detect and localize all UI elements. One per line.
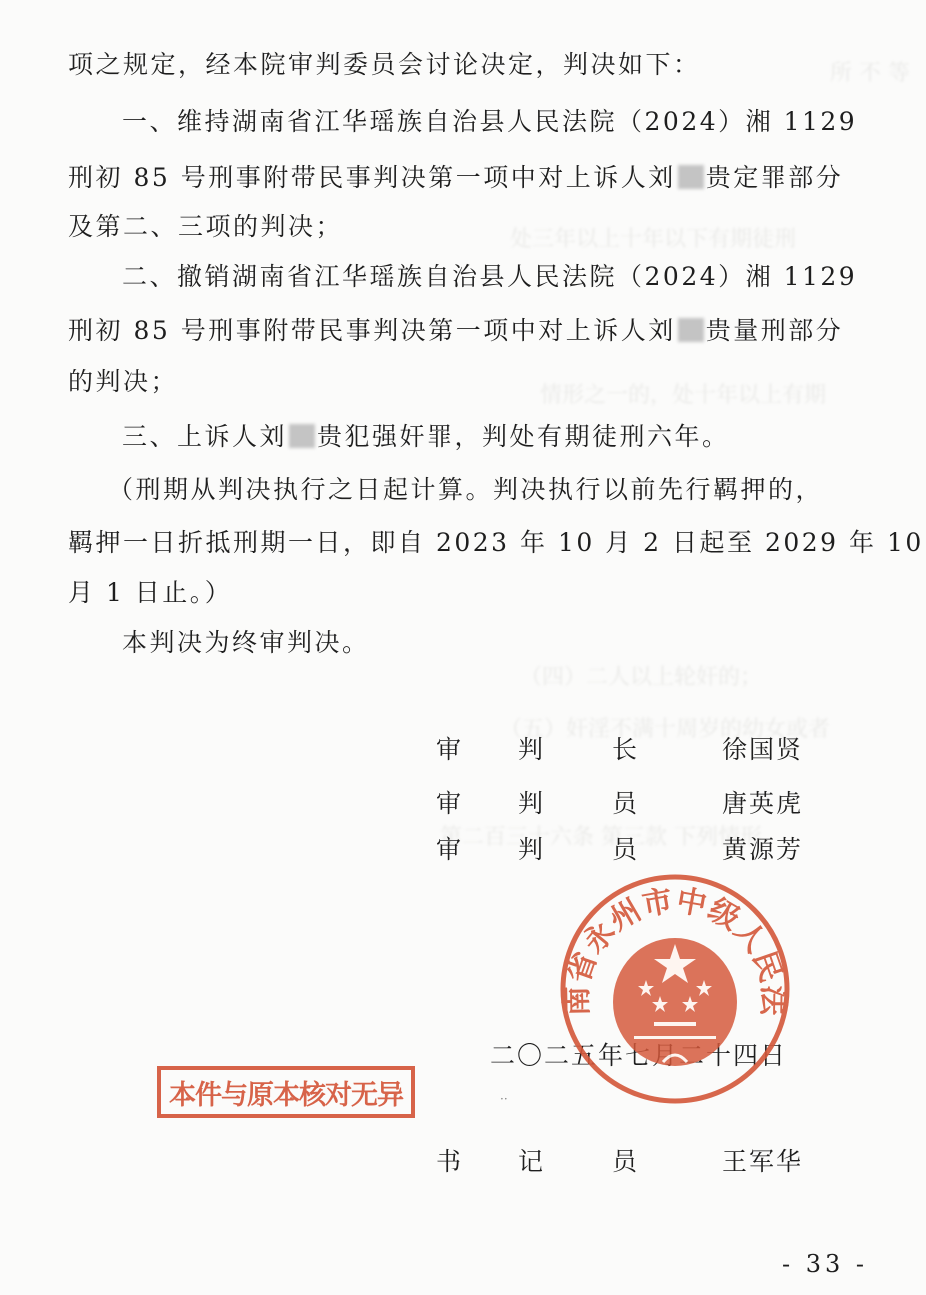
bleed-through-text: 情形之一的，处十年以上有期 <box>540 378 826 409</box>
verification-stamp: 本件与原本核对无异 <box>157 1066 415 1118</box>
signature-judge: 审 判 员 黄源芳 <box>436 830 806 860</box>
paragraph-line: （刑期从判决执行之日起计算。判决执行以前先行羁押的， <box>108 475 823 505</box>
signature-presiding-judge: 审 判 长 徐国贤 <box>436 730 806 760</box>
paragraph-line: 本判决为终审判决。 <box>122 628 370 658</box>
text-segment: 贵犯强奸罪，判处有期徒刑六年。 <box>317 422 730 451</box>
judge-name: 黄源芳 <box>722 830 803 866</box>
paragraph-line: 及第二、三项的判决； <box>68 212 343 242</box>
text-segment: 刑初 85 号刑事附带民事判决第一项中对上诉人刘 <box>68 163 676 192</box>
paragraph-line: 三、上诉人刘贵犯强奸罪，判处有期徒刑六年。 <box>122 422 730 452</box>
bleed-through-text: 所 不 等 <box>830 56 910 87</box>
judge-name: 徐国贤 <box>722 730 803 766</box>
signature-judge: 审 判 员 唐英虎 <box>436 784 806 814</box>
redacted-name <box>289 424 315 448</box>
paragraph-line: 二、撤销湖南省江华瑶族自治县人民法院（2024）湘 1129 <box>122 262 857 292</box>
text-segment: 贵定罪部分 <box>706 163 844 192</box>
paragraph-line: 项之规定，经本院审判委员会讨论决定，判决如下： <box>68 50 701 80</box>
judge-name: 唐英虎 <box>722 784 803 820</box>
paragraph-line: 刑初 85 号刑事附带民事判决第一项中对上诉人刘贵量刑部分 <box>68 316 843 346</box>
document-page: 所 不 等 处三年以上十年以下有期徒刑 情形之一的，处十年以上有期 （四）二人以… <box>0 0 926 1295</box>
paragraph-line: 的判决； <box>68 367 178 397</box>
paragraph-line: 刑初 85 号刑事附带民事判决第一项中对上诉人刘贵定罪部分 <box>68 163 843 193</box>
text-segment: 刑初 85 号刑事附带民事判决第一项中对上诉人刘 <box>68 316 676 345</box>
redacted-name <box>678 318 704 342</box>
bleed-through-text: 处三年以上十年以下有期徒刑 <box>510 222 796 253</box>
text-segment: 三、上诉人刘 <box>122 422 287 451</box>
text-segment: 贵量刑部分 <box>706 316 844 345</box>
mark: ·· <box>500 1092 508 1106</box>
court-seal-icon: 湖南省永州市中级人民法院 <box>558 872 792 1106</box>
paragraph-line: 一、维持湖南省江华瑶族自治县人民法院（2024）湘 1129 <box>122 107 857 137</box>
redacted-name <box>678 165 704 189</box>
bleed-through-text: （四）二人以上轮奸的； <box>520 660 762 691</box>
paragraph-line: 羁押一日折抵刑期一日，即自 2023 年 10 月 2 日起至 2029 年 1… <box>68 528 924 558</box>
paragraph-line: 月 1 日止。） <box>68 578 232 608</box>
page-number: - 33 - <box>782 1250 868 1278</box>
clerk-name: 王军华 <box>722 1142 803 1178</box>
signature-clerk: 书 记 员 王军华 <box>436 1142 806 1172</box>
